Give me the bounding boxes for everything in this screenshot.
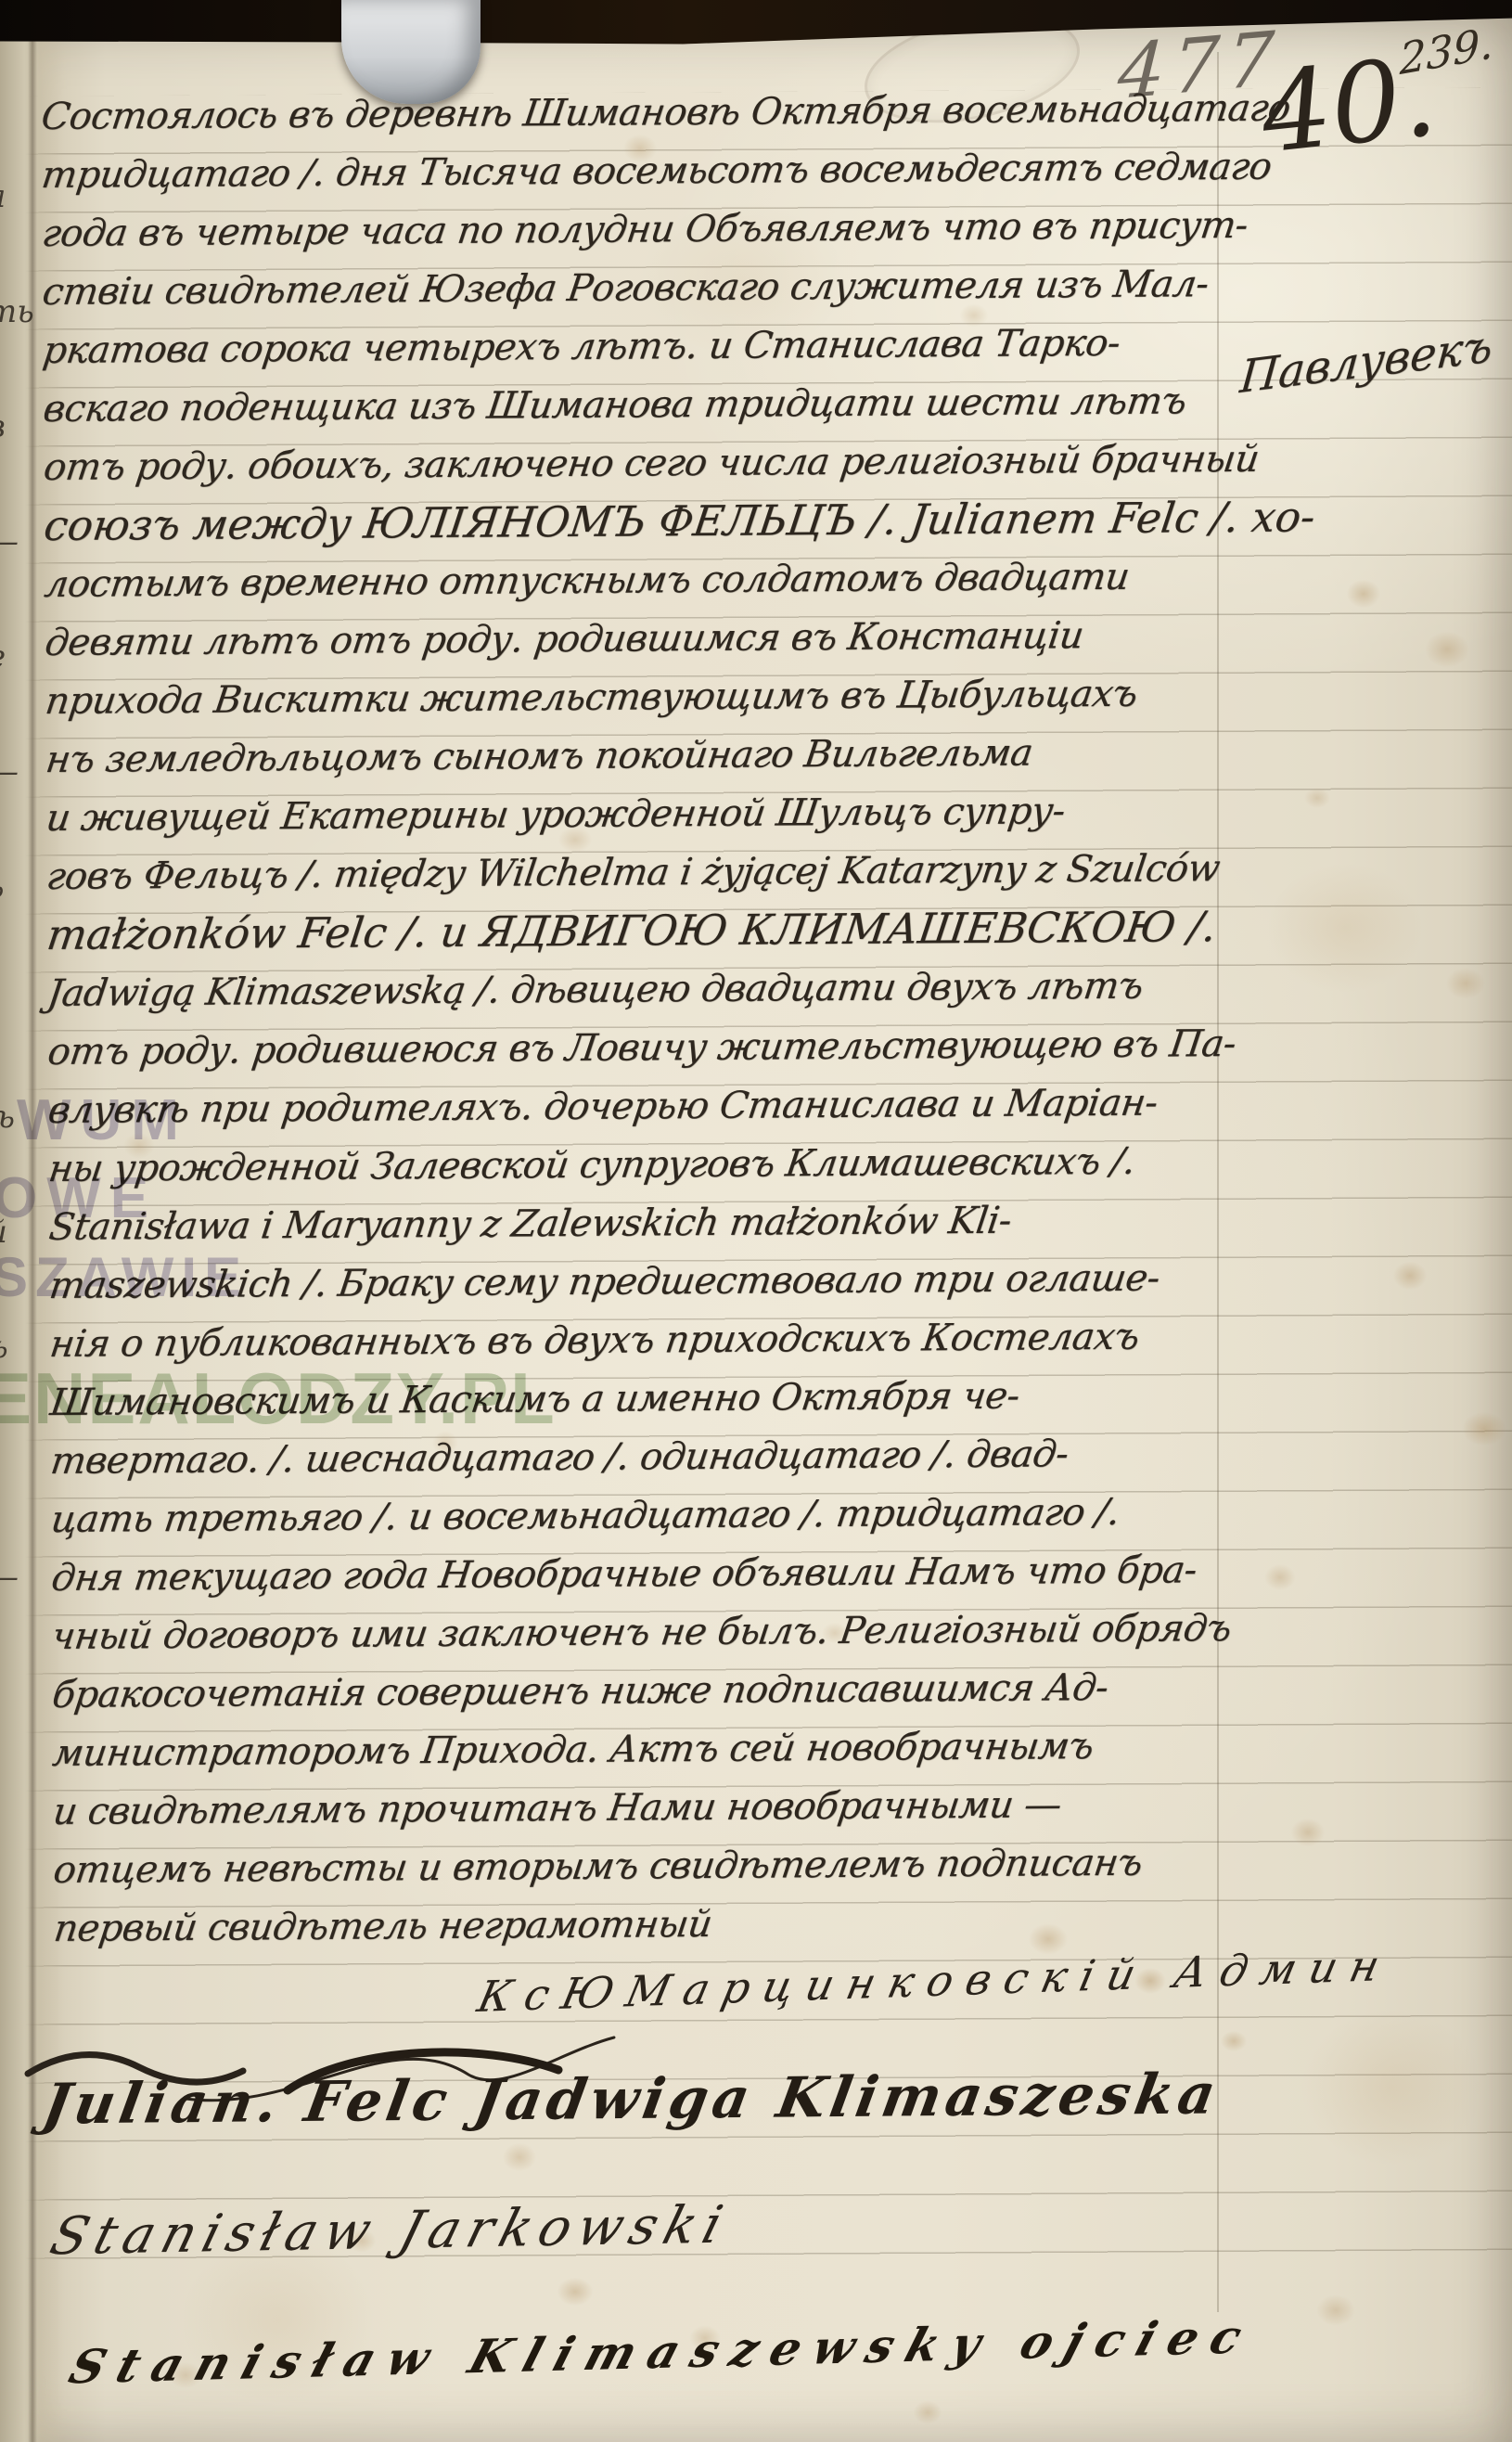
text-fragment: . [0, 945, 24, 1060]
record-line: нъ земледѣльцомъ сыномъ покойнаго Вильге… [42, 724, 1232, 790]
text-fragment: ть [0, 254, 24, 369]
record-line: Шимановскимъ и Каскимъ а именно Октября … [46, 1367, 1237, 1433]
record-line: лостымъ временно отпускнымъ солдатомъ дв… [41, 548, 1231, 615]
text-fragment: — [0, 714, 24, 829]
record-line: Состоялось въ деревнѣ Шимановѣ Октября в… [37, 81, 1227, 148]
record-line: чный договоръ ими заключенъ не былъ. Рел… [48, 1600, 1238, 1667]
record-line: девяти лѣтъ отъ роду. родившимся въ Конс… [41, 607, 1231, 674]
record-line: małżonków Felc /. и ЯДВИГОЮ КЛИМАШЕВСКОЮ… [44, 899, 1234, 966]
document-scan: атьв—е—ь.ѣйъ.—. 477 40. 239. Павлувекъ С… [0, 0, 1512, 2442]
record-line: говъ Фельцъ /. między Wilchelma i żyjące… [43, 841, 1233, 907]
record-line: ркатова сорока четырехъ лѣтъ. и Станисла… [39, 315, 1229, 381]
record-line: вскаго поденщика изъ Шиманова тридцати ш… [40, 373, 1230, 440]
text-fragment: е [0, 599, 24, 714]
record-line: Stanisława i Maryanny z Zalewskich małżo… [45, 1191, 1236, 1258]
record-line: союзъ между ЮЛІЯНОМЪ ФЕЛЬЦЪ /. Julianem … [41, 490, 1231, 557]
record-line: цать третьяго /. и восемьнадцатаго /. тр… [47, 1484, 1237, 1550]
record-line: дня текущаго года Новобрачные объявили Н… [47, 1542, 1237, 1609]
record-line: влувкѣ при родителяхъ. дочерью Станислав… [45, 1074, 1235, 1141]
record-line: отъ роду. обоихъ, заключено сего числа р… [40, 431, 1230, 498]
record-line: ны урожденной Залевской супруговъ Климаш… [45, 1133, 1235, 1200]
record-line: ствіи свидѣтелей Юзефа Роговскаго служит… [39, 256, 1229, 323]
record-line: нія о публикованныхъ въ двухъ приходских… [46, 1308, 1237, 1375]
record-line: и живущей Екатерины урожденной Шульцъ су… [43, 782, 1233, 849]
text-fragment: — [0, 1520, 24, 1635]
record-line: отцемъ невѣсты и вторымъ свидѣтелемъ под… [50, 1834, 1240, 1901]
record-line: твертаго. /. шеснадцатаго /. одинадцатаг… [47, 1425, 1237, 1492]
text-fragment: й [0, 1175, 24, 1290]
text-fragment: а [0, 139, 24, 254]
record-line: Jadwigą Klimaszewską /. дѣвицею двадцати… [44, 958, 1234, 1024]
text-fragment: ъ [0, 1290, 24, 1405]
text-fragment: . [0, 1405, 24, 1520]
record-line: министраторомъ Прихода. Актъ сей новобра… [49, 1717, 1239, 1784]
record-line: тридцатаго /. дня Тысяча восемьсотъ восе… [38, 139, 1228, 206]
record-line: первый свидѣтель неграмотный [50, 1893, 1240, 1960]
witness-signature: Stanisław Jarkowski [44, 2195, 736, 2268]
text-fragment: в [0, 369, 24, 484]
record-line: прихода Вискитки жительствующимъ въ Цыбу… [42, 665, 1232, 732]
record-line: бракосочетанія совершенъ ниже подписавши… [48, 1659, 1238, 1726]
couple-signature: Julian. Felc Jadwiga Klimaszeska [38, 2062, 1224, 2137]
text-fragment: ь [0, 829, 24, 945]
text-fragment: ѣ [0, 1060, 24, 1175]
record-line: отъ роду. родившеюся въ Ловичу жительств… [44, 1016, 1234, 1083]
record-body: Состоялось въ деревнѣ Шимановѣ Октября в… [37, 81, 1233, 1960]
record-line: года въ четыре часа по полудни Объявляем… [38, 198, 1228, 264]
text-fragment: . [0, 1635, 24, 1750]
record-line: и свидѣтелямъ прочитанъ Нами новобрачным… [49, 1776, 1239, 1843]
previous-page-text-fragments: атьв—е—ь.ѣйъ.—. [0, 139, 24, 1750]
text-fragment: — [0, 484, 24, 599]
record-line: maszewskich /. Браку сему предшествовало… [45, 1250, 1236, 1317]
